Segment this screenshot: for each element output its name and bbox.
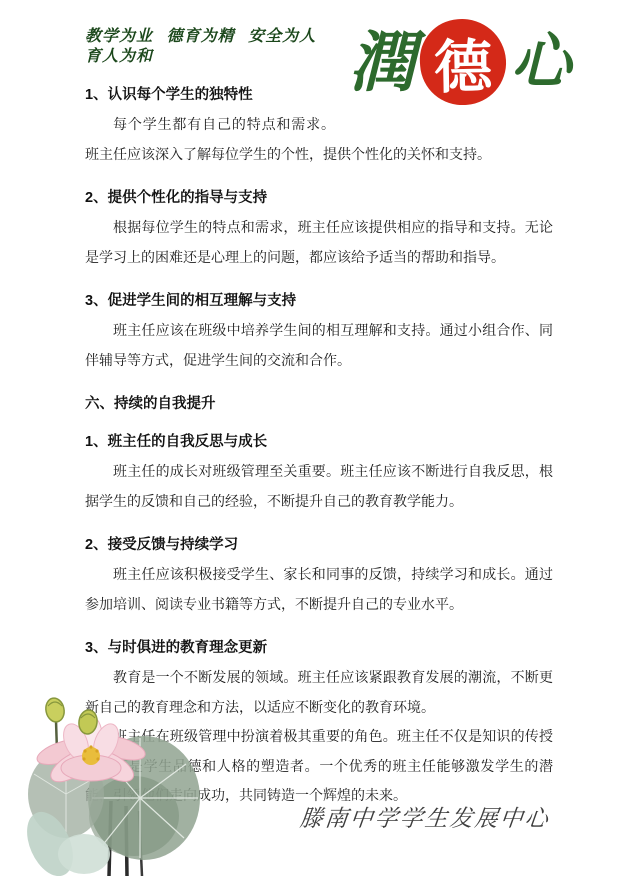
school-logo: 潤 德 心 bbox=[349, 16, 571, 108]
section-paragraph: 班主任应该积极接受学生、家长和同事的反馈，持续学习和成长。通过参加培训、阅读专业… bbox=[85, 561, 553, 620]
document-page: 潤 德 心 教学为业 德育为精 安全为人 育人为和 1、认识每个学生的独特性 每… bbox=[0, 0, 633, 876]
section-heading: 1、班主任的自我反思与成长 bbox=[85, 432, 553, 452]
section-paragraph: 班主任的成长对班级管理至关重要。班主任应该不断进行自我反思，根据学生的反馈和自己… bbox=[85, 458, 553, 517]
logo-char-run: 潤 bbox=[349, 22, 415, 102]
section-heading: 3、与时俱进的教育理念更新 bbox=[85, 638, 553, 658]
lotus-watercolor-image bbox=[14, 686, 206, 876]
chapter-heading: 六、持续的自我提升 bbox=[85, 394, 553, 414]
section-paragraph: 根据每位学生的特点和需求，班主任应该提供相应的指导和支持。无论是学习上的困难还是… bbox=[85, 214, 553, 273]
section-heading: 2、提供个性化的指导与支持 bbox=[85, 188, 553, 208]
footer-organization-name: 滕南中学学生发展中心 bbox=[298, 800, 541, 833]
section-heading: 2、接受反馈与持续学习 bbox=[85, 535, 553, 555]
logo-seal-icon: 德 bbox=[417, 16, 509, 108]
logo-seal-char: 德 bbox=[433, 20, 492, 105]
section-paragraph: 每个学生都有自己的特点和需求。班主任应该深入了解每位学生的个性，提供个性化的关怀… bbox=[85, 111, 553, 170]
section-paragraph: 班主任应该在班级中培养学生间的相互理解和支持。通过小组合作、同伴辅导等方式，促进… bbox=[85, 317, 553, 376]
section-heading: 3、促进学生间的相互理解与支持 bbox=[85, 291, 553, 311]
logo-char-heart: 心 bbox=[511, 22, 571, 102]
